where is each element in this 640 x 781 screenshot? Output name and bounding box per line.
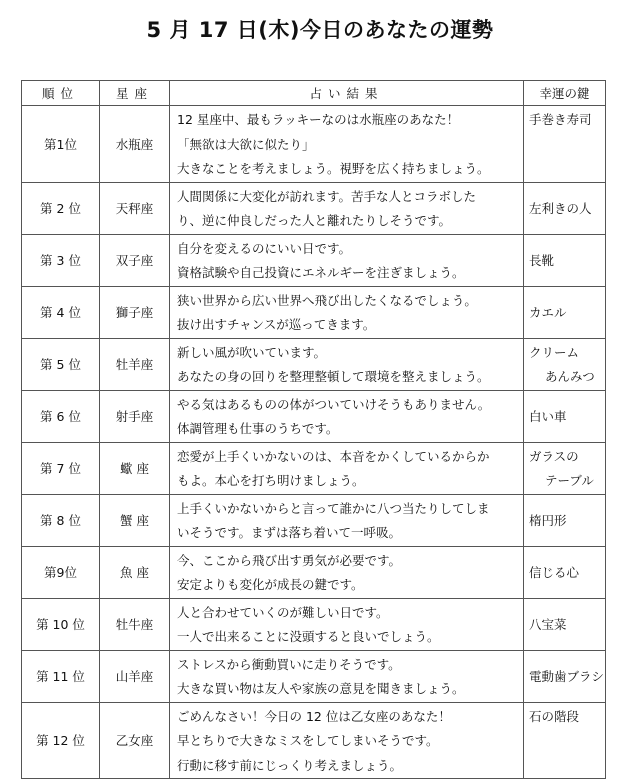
fortune-text-line: 今、ここから飛び出す勇気が必要です。: [177, 549, 517, 574]
lucky-key-cell: 手巻き寿司: [524, 106, 606, 183]
lucky-key-cell: 楕円形: [524, 494, 606, 546]
lucky-key-text: クリーム: [529, 341, 599, 366]
fortune-text-line: 大きな買い物は友人や家族の意見を聞きましょう。: [177, 677, 517, 702]
rank-cell: 第 4 位: [22, 286, 100, 338]
fortune-text-line: いそうです。まずは落ち着いて一呼吸。: [177, 521, 517, 546]
fortune-text-line: 大きなことを考えましょう。視野を広く持ちましょう。: [177, 157, 517, 182]
fortune-text-line: 体調管理も仕事のうちです。: [177, 417, 517, 442]
zodiac-sign-cell: 射手座: [100, 390, 170, 442]
fortune-result-cell: 新しい風が吹いています。あなたの身の回りを整理整頓して環境を整えましょう。: [170, 338, 524, 390]
fortune-text-line: 上手くいかないからと言って誰かに八つ当たりしてしま: [177, 497, 517, 522]
lucky-key-cell: ガラスのテーブル: [524, 442, 606, 494]
table-row: 第 6 位射手座やる気はあるものの体がついていけそうもありません。体調管理も仕事…: [22, 390, 606, 442]
fortune-text-line: 新しい風が吹いています。: [177, 341, 517, 366]
lucky-key-cell: 石の階段: [524, 702, 606, 779]
fortune-text-line: やる気はあるものの体がついていけそうもありません。: [177, 393, 517, 418]
table-row: 第9位魚 座今、ここから飛び出す勇気が必要です。安定よりも変化が成長の鍵です。信…: [22, 546, 606, 598]
fortune-result-cell: 自分を変えるのにいい日です。資格試験や自己投資にエネルギーを注ぎましょう。: [170, 234, 524, 286]
fortune-result-cell: 今、ここから飛び出す勇気が必要です。安定よりも変化が成長の鍵です。: [170, 546, 524, 598]
fortune-table: 順位 星座 占い結果 幸運の鍵 第1位水瓶座12 星座中、最もラッキーなのは水瓶…: [21, 80, 606, 779]
fortune-result-cell: ストレスから衝動買いに走りそうです。大きな買い物は友人や家族の意見を聞きましょう…: [170, 650, 524, 702]
rank-cell: 第 2 位: [22, 182, 100, 234]
zodiac-sign-cell: 魚 座: [100, 546, 170, 598]
header-sign: 星座: [100, 81, 170, 106]
header-lucky-key: 幸運の鍵: [524, 81, 606, 106]
rank-cell: 第 8 位: [22, 494, 100, 546]
lucky-key-cell: 電動歯ブラシ: [524, 650, 606, 702]
zodiac-sign-cell: 山羊座: [100, 650, 170, 702]
fortune-text-line: 狭い世界から広い世界へ飛び出したくなるでしょう。: [177, 289, 517, 314]
rank-cell: 第9位: [22, 546, 100, 598]
fortune-result-cell: 狭い世界から広い世界へ飛び出したくなるでしょう。抜け出すチャンスが巡ってきます。: [170, 286, 524, 338]
zodiac-sign-cell: 牡牛座: [100, 598, 170, 650]
fortune-result-cell: ごめんなさい！今日の 12 位は乙女座のあなた！早とちりで大きなミスをしてしまい…: [170, 702, 524, 779]
table-row: 第 3 位双子座自分を変えるのにいい日です。資格試験や自己投資にエネルギーを注ぎ…: [22, 234, 606, 286]
lucky-key-text: 電動歯ブラシ: [529, 665, 599, 690]
table-row: 第 10 位牡牛座人と合わせていくのが難しい日です。一人で出来ることに没頭すると…: [22, 598, 606, 650]
fortune-text-line: 人と合わせていくのが難しい日です。: [177, 601, 517, 626]
zodiac-sign-cell: 獅子座: [100, 286, 170, 338]
lucky-key-cell: 信じる心: [524, 546, 606, 598]
page-title: 5 月 17 日(木)今日のあなたの運勢: [0, 14, 640, 44]
fortune-text-line: 資格試験や自己投資にエネルギーを注ぎましょう。: [177, 261, 517, 286]
zodiac-sign-cell: 双子座: [100, 234, 170, 286]
table-row: 第 12 位乙女座ごめんなさい！今日の 12 位は乙女座のあなた！早とちりで大き…: [22, 702, 606, 779]
table-row: 第 11 位山羊座ストレスから衝動買いに走りそうです。大きな買い物は友人や家族の…: [22, 650, 606, 702]
fortune-result-cell: 人間関係に大変化が訪れます。苦手な人とコラボしたり、逆に仲良しだった人と離れたり…: [170, 182, 524, 234]
table-row: 第 4 位獅子座狭い世界から広い世界へ飛び出したくなるでしょう。抜け出すチャンス…: [22, 286, 606, 338]
zodiac-sign-cell: 牡羊座: [100, 338, 170, 390]
fortune-text-line: 抜け出すチャンスが巡ってきます。: [177, 313, 517, 338]
rank-cell: 第 5 位: [22, 338, 100, 390]
lucky-key-text: テーブル: [529, 469, 599, 494]
lucky-key-text: 信じる心: [529, 561, 599, 586]
zodiac-sign-cell: 蟹 座: [100, 494, 170, 546]
lucky-key-cell: 白い車: [524, 390, 606, 442]
fortune-text-line: 人間関係に大変化が訪れます。苦手な人とコラボした: [177, 185, 517, 210]
table-row: 第 7 位蠍 座恋愛が上手くいかないのは、本音をかくしているからかもよ。本心を打…: [22, 442, 606, 494]
lucky-key-text: あんみつ: [529, 365, 599, 390]
table-row: 第 5 位牡羊座新しい風が吹いています。あなたの身の回りを整理整頓して環境を整え…: [22, 338, 606, 390]
fortune-text-line: ごめんなさい！今日の 12 位は乙女座のあなた！: [177, 705, 517, 730]
table-row: 第 2 位天秤座人間関係に大変化が訪れます。苦手な人とコラボしたり、逆に仲良しだ…: [22, 182, 606, 234]
lucky-key-text: 手巻き寿司: [529, 108, 599, 133]
lucky-key-cell: 左利きの人: [524, 182, 606, 234]
lucky-key-text: ガラスの: [529, 445, 599, 470]
lucky-key-text: 白い車: [529, 405, 599, 430]
lucky-key-text: 石の階段: [529, 705, 599, 730]
zodiac-sign-cell: 乙女座: [100, 702, 170, 779]
fortune-text-line: 安定よりも変化が成長の鍵です。: [177, 573, 517, 598]
fortune-result-cell: 上手くいかないからと言って誰かに八つ当たりしてしまいそうです。まずは落ち着いて一…: [170, 494, 524, 546]
fortune-result-cell: 恋愛が上手くいかないのは、本音をかくしているからかもよ。本心を打ち明けましょう。: [170, 442, 524, 494]
fortune-text-line: り、逆に仲良しだった人と離れたりしそうです。: [177, 209, 517, 234]
table-header-row: 順位 星座 占い結果 幸運の鍵: [22, 81, 606, 106]
rank-cell: 第 11 位: [22, 650, 100, 702]
lucky-key-text: 楕円形: [529, 509, 599, 534]
zodiac-sign-cell: 蠍 座: [100, 442, 170, 494]
lucky-key-cell: 長靴: [524, 234, 606, 286]
fortune-text-line: あなたの身の回りを整理整頓して環境を整えましょう。: [177, 365, 517, 390]
fortune-text-line: ストレスから衝動買いに走りそうです。: [177, 653, 517, 678]
rank-cell: 第 3 位: [22, 234, 100, 286]
fortune-result-cell: 12 星座中、最もラッキーなのは水瓶座のあなた！「無欲は大欲に似たり」大きなこと…: [170, 106, 524, 183]
zodiac-sign-cell: 水瓶座: [100, 106, 170, 183]
rank-cell: 第 12 位: [22, 702, 100, 779]
fortune-text-line: 自分を変えるのにいい日です。: [177, 237, 517, 262]
fortune-text-line: 早とちりで大きなミスをしてしまいそうです。: [177, 729, 517, 754]
rank-cell: 第 7 位: [22, 442, 100, 494]
rank-cell: 第1位: [22, 106, 100, 183]
lucky-key-text: 長靴: [529, 249, 599, 274]
rank-cell: 第 10 位: [22, 598, 100, 650]
fortune-result-cell: やる気はあるものの体がついていけそうもありません。体調管理も仕事のうちです。: [170, 390, 524, 442]
lucky-key-cell: クリームあんみつ: [524, 338, 606, 390]
rank-cell: 第 6 位: [22, 390, 100, 442]
zodiac-sign-cell: 天秤座: [100, 182, 170, 234]
lucky-key-text: カエル: [529, 301, 599, 326]
header-result: 占い結果: [170, 81, 524, 106]
fortune-text-line: 12 星座中、最もラッキーなのは水瓶座のあなた！: [177, 108, 517, 133]
lucky-key-text: 八宝菜: [529, 613, 599, 638]
fortune-text-line: もよ。本心を打ち明けましょう。: [177, 469, 517, 494]
fortune-result-cell: 人と合わせていくのが難しい日です。一人で出来ることに没頭すると良いでしょう。: [170, 598, 524, 650]
fortune-text-line: 一人で出来ることに没頭すると良いでしょう。: [177, 625, 517, 650]
lucky-key-cell: 八宝菜: [524, 598, 606, 650]
lucky-key-cell: カエル: [524, 286, 606, 338]
fortune-text-line: 恋愛が上手くいかないのは、本音をかくしているからか: [177, 445, 517, 470]
fortune-text-line: 「無欲は大欲に似たり」: [177, 133, 517, 158]
fortune-text-line: 行動に移す前にじっくり考えましょう。: [177, 754, 517, 779]
lucky-key-text: 左利きの人: [529, 197, 599, 222]
table-row: 第 8 位蟹 座上手くいかないからと言って誰かに八つ当たりしてしまいそうです。ま…: [22, 494, 606, 546]
table-row: 第1位水瓶座12 星座中、最もラッキーなのは水瓶座のあなた！「無欲は大欲に似たり…: [22, 106, 606, 183]
header-rank: 順位: [22, 81, 100, 106]
